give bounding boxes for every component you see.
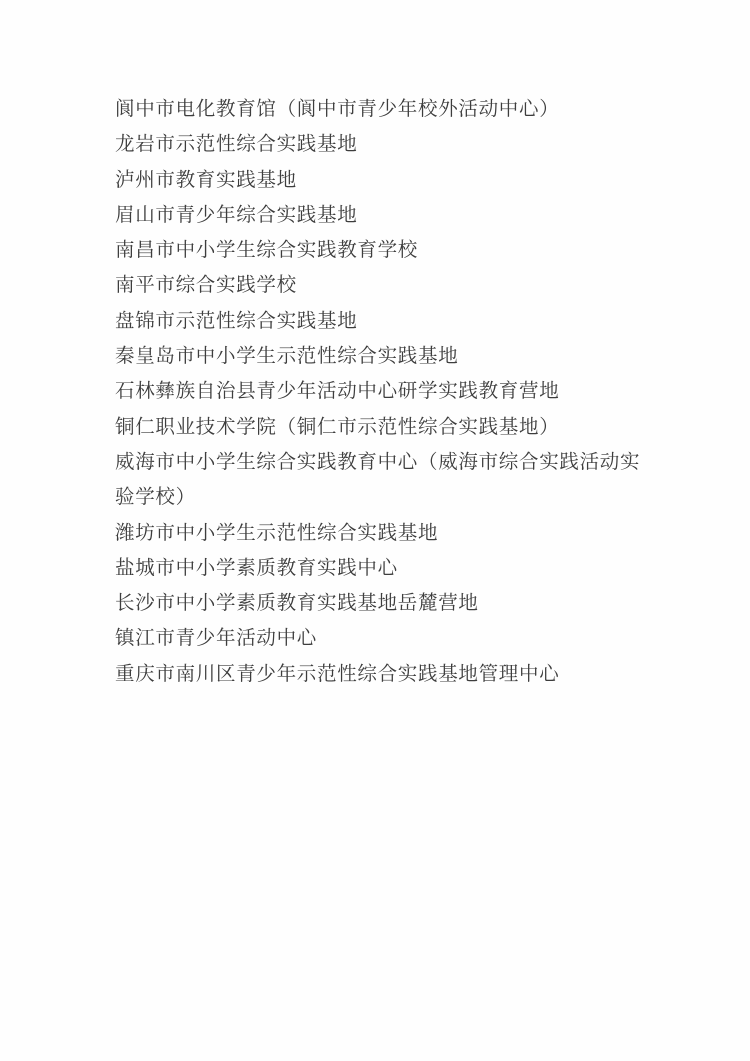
list-item: 铜仁职业技术学院（铜仁市示范性综合实践基地） [115, 410, 650, 445]
list-item: 龙岩市示范性综合实践基地 [115, 127, 650, 162]
list-item: 眉山市青少年综合实践基地 [115, 198, 650, 233]
list-item: 镇江市青少年活动中心 [115, 621, 650, 656]
list-item: 盘锦市示范性综合实践基地 [115, 304, 650, 339]
list-item: 石林彝族自治县青少年活动中心研学实践教育营地 [115, 374, 650, 409]
list-item: 潍坊市中小学生示范性综合实践基地 [115, 516, 650, 551]
entry-list: 阆中市电化教育馆（阆中市青少年校外活动中心）龙岩市示范性综合实践基地泸州市教育实… [115, 92, 650, 692]
list-item: 盐城市中小学素质教育实践中心 [115, 551, 650, 586]
list-item: 南平市综合实践学校 [115, 268, 650, 303]
document-page: 阆中市电化教育馆（阆中市青少年校外活动中心）龙岩市示范性综合实践基地泸州市教育实… [0, 0, 750, 1061]
list-item: 重庆市南川区青少年示范性综合实践基地管理中心 [115, 657, 650, 692]
list-item: 长沙市中小学素质教育实践基地岳麓营地 [115, 586, 650, 621]
list-item: 南昌市中小学生综合实践教育学校 [115, 233, 650, 268]
list-item: 阆中市电化教育馆（阆中市青少年校外活动中心） [115, 92, 650, 127]
list-item: 秦皇岛市中小学生示范性综合实践基地 [115, 339, 650, 374]
list-item: 威海市中小学生综合实践教育中心（威海市综合实践活动实验学校） [115, 445, 650, 516]
list-item: 泸州市教育实践基地 [115, 163, 650, 198]
